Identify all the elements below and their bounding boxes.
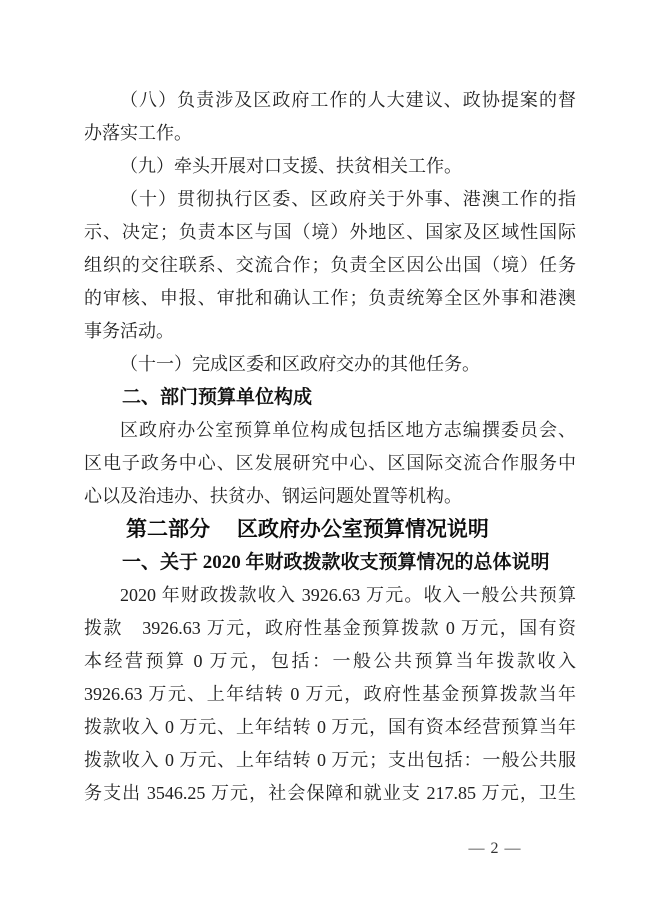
text-line: 事务活动。 [84, 315, 576, 348]
heading-line: 一、关于 2020 年财政拨款收支预算情况的总体说明 [84, 546, 576, 579]
text-line: 的审核、申报、审批和确认工作；负责统筹全区外事和港澳 [84, 282, 576, 315]
text-line: 2020 年财政拨款收入 3926.63 万元。收入一般公共预算 [84, 579, 576, 612]
text-line: 3926.63 万元、上年结转 0 万元，政府性基金预算拨款当年 [84, 678, 576, 711]
heading-line: 二、部门预算单位构成 [84, 381, 576, 414]
text-line: （十）贯彻执行区委、区政府关于外事、港澳工作的指 [84, 183, 576, 216]
text-line: 区政府办公室预算单位构成包括区地方志编撰委员会、 [84, 414, 576, 447]
text-line: （十一）完成区委和区政府交办的其他任务。 [84, 348, 576, 381]
text-line: 组织的交往联系、交流合作；负责全区因公出国（境）任务 [84, 249, 576, 282]
text-line: 示、决定；负责本区与国（境）外地区、国家及区域性国际 [84, 216, 576, 249]
text-line: 心以及治违办、扶贫办、钢运问题处置等机构。 [84, 480, 576, 513]
text-line: 拨款收入 0 万元、上年结转 0 万元；支出包括：一般公共服 [84, 744, 576, 777]
text-line: 办落实工作。 [84, 117, 576, 150]
text-line: 本经营预算 0 万元，包括：一般公共预算当年拨款收入 [84, 645, 576, 678]
text-line: 拨款收入 0 万元、上年结转 0 万元，国有资本经营预算当年 [84, 711, 576, 744]
text-line: 拨款 3926.63 万元，政府性基金预算拨款 0 万元，国有资 [84, 612, 576, 645]
page-number: — 2 — [460, 838, 530, 860]
text-line: （八）负责涉及区政府工作的人大建议、政协提案的督 [84, 84, 576, 117]
text-line: 区电子政务中心、区发展研究中心、区国际交流合作服务中 [84, 447, 576, 480]
document-body: （八）负责涉及区政府工作的人大建议、政协提案的督办落实工作。（九）牵头开展对口支… [84, 84, 576, 810]
document-page: （八）负责涉及区政府工作的人大建议、政协提案的督办落实工作。（九）牵头开展对口支… [0, 0, 654, 918]
text-line: 务支出 3546.25 万元，社会保障和就业支 217.85 万元，卫生 [84, 777, 576, 810]
heading-line: 第二部分 区政府办公室预算情况说明 [84, 513, 576, 546]
text-line: （九）牵头开展对口支援、扶贫相关工作。 [84, 150, 576, 183]
